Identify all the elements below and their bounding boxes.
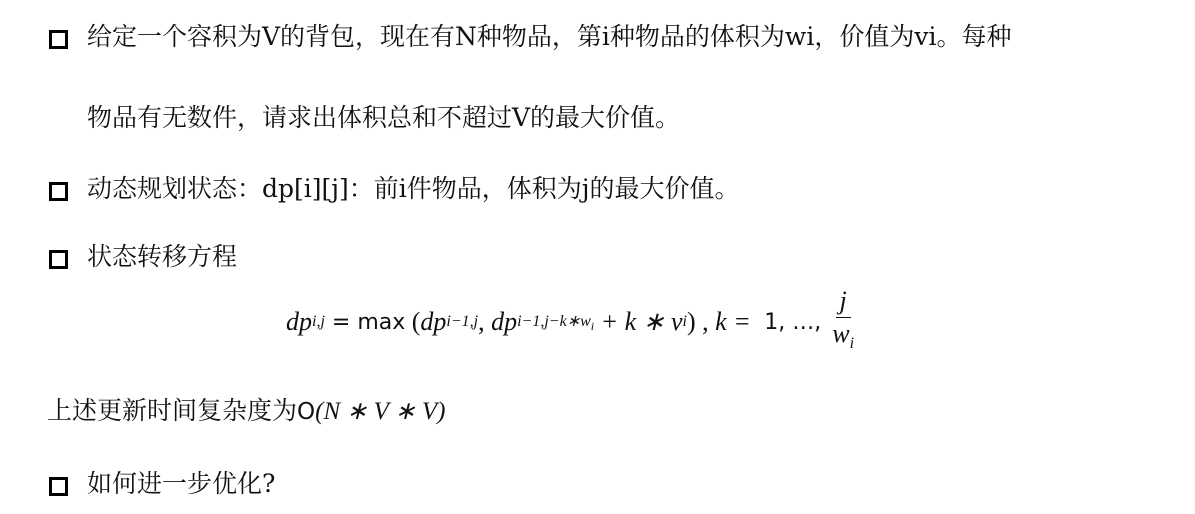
formula-fraction: j wi <box>832 285 854 360</box>
problem-text-line1: 给定一个容积为V的背包，现在有N种物品，第i种物品的体积为wi，价值为vi。每种 <box>87 22 1011 52</box>
formula-term2: dp <box>491 307 517 337</box>
formula-plus-term: + k ∗ v <box>594 307 682 337</box>
complexity-O: O <box>297 399 315 425</box>
formula-term1-sub: i−1,j <box>446 313 478 331</box>
fraction-den-sub: i <box>850 335 854 352</box>
transition-formula: dpi,j = max ( dpi−1,j , dpi−1,j−k∗wi + k… <box>286 282 854 362</box>
formula-range: 1, …, <box>757 310 828 335</box>
optimize-question: 如何进一步优化? <box>87 469 275 499</box>
problem-text-line2: 物品有无数件，请求出体积总和不超过V的最大价值。 <box>87 103 680 133</box>
formula-term1: dp <box>420 307 446 337</box>
formula-equals: = <box>325 310 357 335</box>
formula-close-paren: ) , <box>687 307 709 337</box>
complexity-expr: (N ∗ V ∗ V) <box>315 398 445 425</box>
formula-lhs: dp <box>286 307 312 337</box>
formula-open-paren: ( <box>405 307 420 337</box>
formula-max: max <box>357 310 405 335</box>
complexity-wrapper: 上述更新时间复杂度为O(N ∗ V ∗ V) <box>47 396 445 427</box>
square-bullet-icon <box>49 250 68 269</box>
state-definition-text: 动态规划状态：dp[i][j]：前i件物品，体积为j的最大价值。 <box>87 174 740 204</box>
square-bullet-icon <box>49 182 68 201</box>
formula-k-eq: k = <box>709 307 758 337</box>
square-bullet-icon <box>49 477 68 496</box>
square-bullet-icon <box>49 30 68 49</box>
formula-term2-sub: i−1,j−k∗w <box>517 313 591 330</box>
fraction-denominator: wi <box>832 318 854 360</box>
formula-lhs-sub: i,j <box>312 313 325 331</box>
fraction-den-var: w <box>832 319 849 348</box>
formula-comma: , <box>478 307 491 337</box>
transition-heading: 状态转移方程 <box>87 242 237 272</box>
complexity-prefix: 上述更新时间复杂度为 <box>47 396 297 425</box>
fraction-numerator: j <box>836 285 851 318</box>
